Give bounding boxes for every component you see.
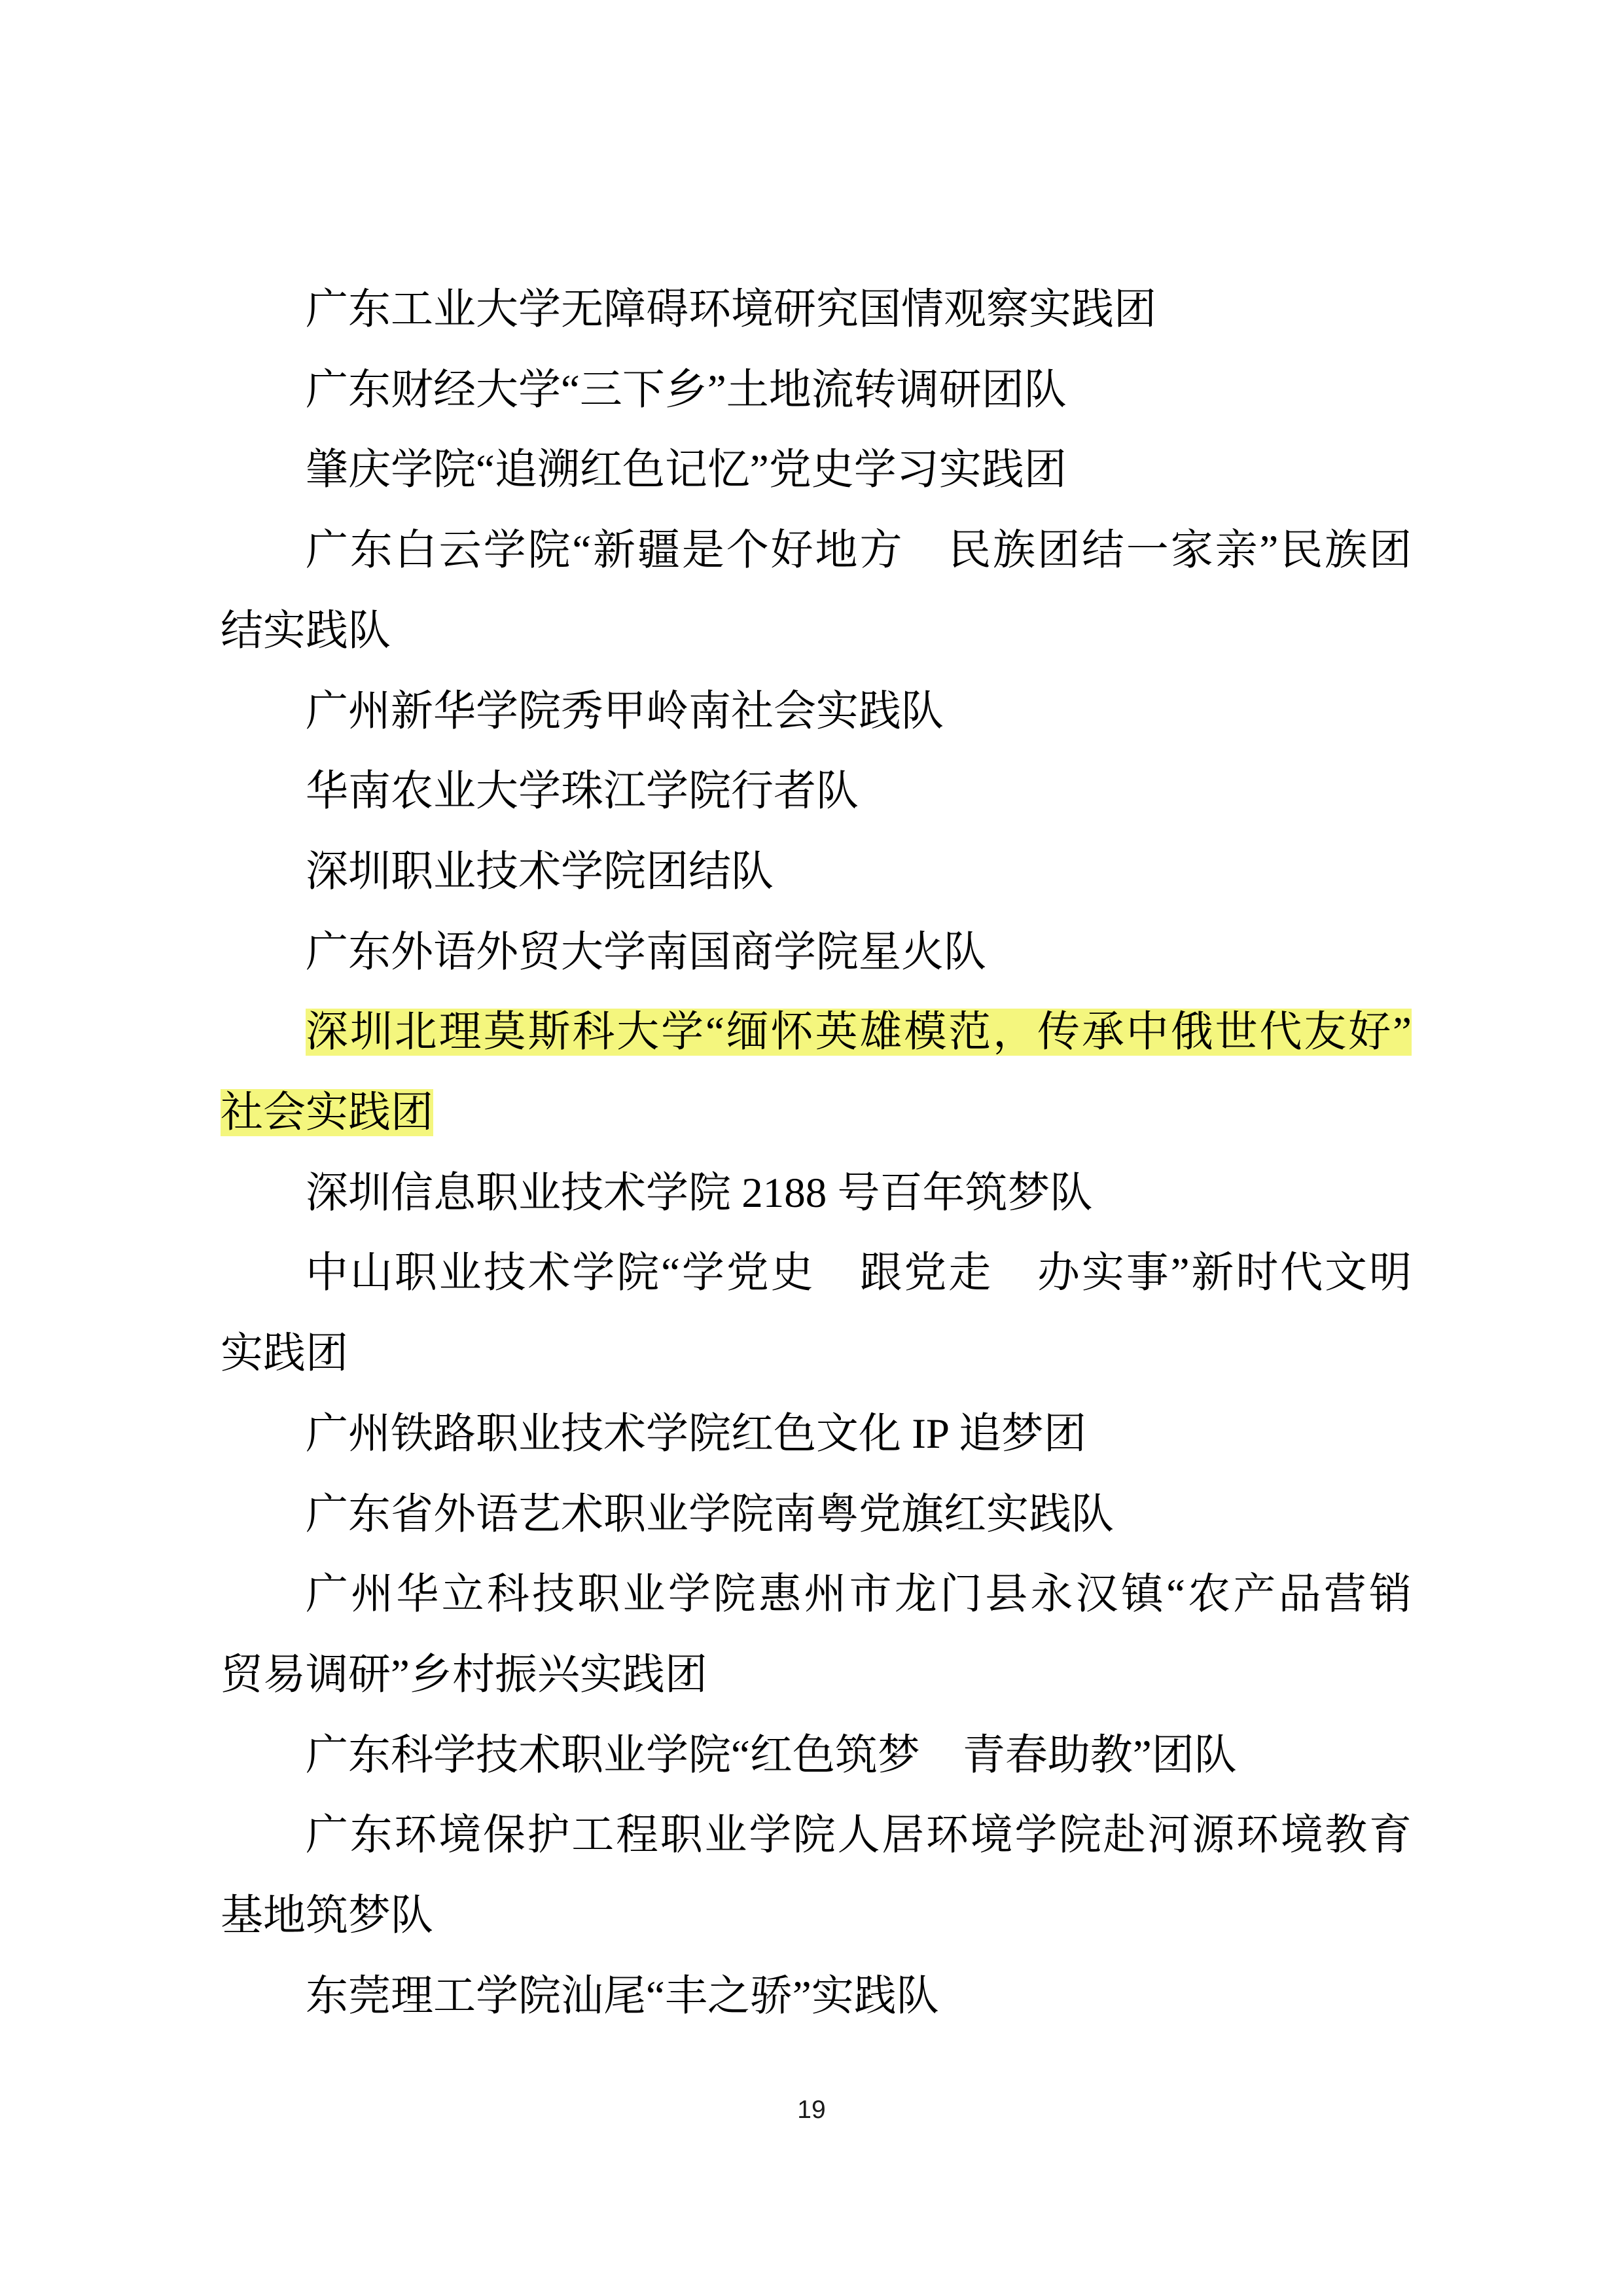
team-entry: 华南农业大学珠江学院行者队 bbox=[221, 751, 1412, 832]
entry-text: 广东省外语艺术职业学院南粤党旗红实践队 bbox=[306, 1491, 1114, 1538]
entry-line: 中山职业技术学院“学党史 跟党走 办实事”新时代文明 bbox=[221, 1233, 1412, 1314]
team-entry: 广州华立科技职业学院惠州市龙门县永汉镇“农产品营销贸易调研”乡村振兴实践团 bbox=[221, 1554, 1412, 1715]
entry-line: 广东省外语艺术职业学院南粤党旗红实践队 bbox=[221, 1475, 1412, 1555]
entry-text: 广州华立科技职业学院惠州市龙门县永汉镇“农产品营销 bbox=[306, 1571, 1412, 1618]
entry-text: 广东白云学院“新疆是个好地方 民族团结一家亲”民族团 bbox=[306, 527, 1412, 574]
entry-line: 东莞理工学院汕尾“丰之骄”实践队 bbox=[221, 1956, 1412, 2037]
team-entry: 广东外语外贸大学南国商学院星火队 bbox=[221, 912, 1412, 993]
entry-line: 广东财经大学“三下乡”土地流转调研团队 bbox=[221, 350, 1412, 431]
team-entry: 广州铁路职业技术学院红色文化 IP 追梦团 bbox=[221, 1394, 1412, 1475]
entry-line: 广东白云学院“新疆是个好地方 民族团结一家亲”民族团 bbox=[221, 511, 1412, 591]
entry-text: 广东科学技术职业学院“红色筑梦 青春助教”团队 bbox=[306, 1732, 1237, 1779]
page-number: 19 bbox=[0, 2096, 1623, 2125]
team-entry: 广东工业大学无障碍环境研究国情观察实践团 bbox=[221, 270, 1412, 350]
entry-text: 广东外语外贸大学南国商学院星火队 bbox=[306, 929, 986, 976]
entry-line: 广州华立科技职业学院惠州市龙门县永汉镇“农产品营销 bbox=[221, 1554, 1412, 1635]
entry-text: 华南农业大学珠江学院行者队 bbox=[306, 768, 859, 815]
entry-text: 广州新华学院秀甲岭南社会实践队 bbox=[306, 688, 944, 735]
team-entry: 深圳信息职业技术学院 2188 号百年筑梦队 bbox=[221, 1153, 1412, 1234]
entry-line: 深圳信息职业技术学院 2188 号百年筑梦队 bbox=[221, 1153, 1412, 1234]
team-entry: 广东白云学院“新疆是个好地方 民族团结一家亲”民族团结实践队 bbox=[221, 511, 1412, 671]
entry-text: 基地筑梦队 bbox=[221, 1892, 433, 1939]
team-list: 广东工业大学无障碍环境研究国情观察实践团广东财经大学“三下乡”土地流转调研团队肇… bbox=[221, 270, 1412, 2036]
team-entry: 深圳职业技术学院团结队 bbox=[221, 832, 1412, 912]
highlighted-text: 深圳北理莫斯科大学“缅怀英雄模范，传承中俄世代友好” bbox=[306, 1009, 1412, 1056]
team-entry: 广东环境保护工程职业学院人居环境学院赴河源环境教育基地筑梦队 bbox=[221, 1795, 1412, 1956]
entry-text: 东莞理工学院汕尾“丰之骄”实践队 bbox=[306, 1973, 939, 2020]
team-entry-highlighted: 深圳北理莫斯科大学“缅怀英雄模范，传承中俄世代友好”社会实践团 bbox=[221, 992, 1412, 1153]
entry-line: 广州新华学院秀甲岭南社会实践队 bbox=[221, 672, 1412, 752]
team-entry: 中山职业技术学院“学党史 跟党走 办实事”新时代文明实践团 bbox=[221, 1233, 1412, 1393]
entry-text: 广东环境保护工程职业学院人居环境学院赴河源环境教育 bbox=[306, 1812, 1412, 1859]
entry-text: 广东工业大学无障碍环境研究国情观察实践团 bbox=[306, 286, 1156, 333]
team-entry: 肇庆学院“追溯红色记忆”党史学习实践团 bbox=[221, 430, 1412, 511]
entry-line: 基地筑梦队 bbox=[221, 1876, 1412, 1956]
entry-line: 实践团 bbox=[221, 1314, 1412, 1394]
team-entry: 广东省外语艺术职业学院南粤党旗红实践队 bbox=[221, 1475, 1412, 1555]
team-entry: 广东财经大学“三下乡”土地流转调研团队 bbox=[221, 350, 1412, 431]
entry-text: 深圳职业技术学院团结队 bbox=[306, 848, 774, 895]
entry-text: 中山职业技术学院“学党史 跟党走 办实事”新时代文明 bbox=[306, 1249, 1412, 1297]
entry-line: 华南农业大学珠江学院行者队 bbox=[221, 751, 1412, 832]
entry-line: 深圳北理莫斯科大学“缅怀英雄模范，传承中俄世代友好” bbox=[221, 992, 1412, 1073]
entry-line: 贸易调研”乡村振兴实践团 bbox=[221, 1635, 1412, 1715]
entry-line: 广东外语外贸大学南国商学院星火队 bbox=[221, 912, 1412, 993]
entry-line: 结实践队 bbox=[221, 591, 1412, 672]
entry-line: 肇庆学院“追溯红色记忆”党史学习实践团 bbox=[221, 430, 1412, 511]
entry-line: 广东环境保护工程职业学院人居环境学院赴河源环境教育 bbox=[221, 1795, 1412, 1876]
entry-text: 肇庆学院“追溯红色记忆”党史学习实践团 bbox=[306, 446, 1067, 493]
entry-line: 广东科学技术职业学院“红色筑梦 青春助教”团队 bbox=[221, 1715, 1412, 1796]
entry-text: 贸易调研”乡村振兴实践团 bbox=[221, 1651, 707, 1698]
entry-line: 深圳职业技术学院团结队 bbox=[221, 832, 1412, 912]
team-entry: 东莞理工学院汕尾“丰之骄”实践队 bbox=[221, 1956, 1412, 2037]
entry-line: 社会实践团 bbox=[221, 1073, 1412, 1153]
entry-line: 广东工业大学无障碍环境研究国情观察实践团 bbox=[221, 270, 1412, 350]
document-page: { "doc": { "text_color": "#000000", "hig… bbox=[0, 0, 1623, 2296]
entry-text: 广州铁路职业技术学院红色文化 IP 追梦团 bbox=[306, 1410, 1086, 1458]
entry-line: 广州铁路职业技术学院红色文化 IP 追梦团 bbox=[221, 1394, 1412, 1475]
entry-text: 深圳信息职业技术学院 2188 号百年筑梦队 bbox=[306, 1170, 1093, 1217]
highlighted-text: 社会实践团 bbox=[221, 1089, 433, 1136]
entry-text: 实践团 bbox=[221, 1330, 348, 1377]
team-entry: 广州新华学院秀甲岭南社会实践队 bbox=[221, 672, 1412, 752]
entry-text: 结实践队 bbox=[221, 607, 391, 655]
entry-text: 广东财经大学“三下乡”土地流转调研团队 bbox=[306, 367, 1067, 414]
team-entry: 广东科学技术职业学院“红色筑梦 青春助教”团队 bbox=[221, 1715, 1412, 1796]
